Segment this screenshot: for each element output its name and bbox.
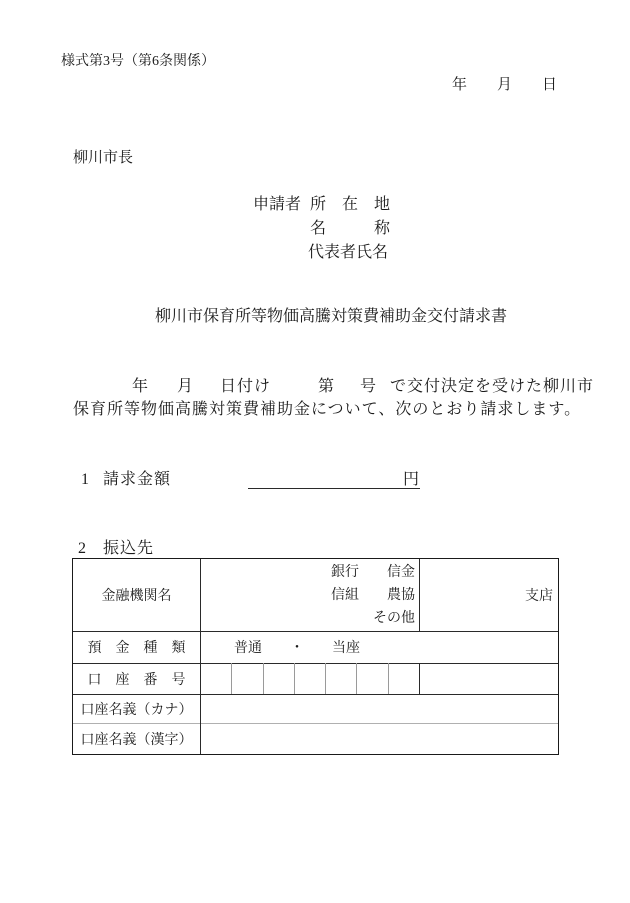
branch-label-cell: 支店 — [419, 559, 553, 631]
section1-claim-amount-label: 請求金額 — [103, 470, 171, 490]
document-title: 柳川市保育所等物価高騰対策費補助金交付請求書 — [155, 307, 507, 327]
account-number-group-divider — [419, 663, 420, 694]
addressee-mayor: 柳川市長 — [73, 149, 133, 168]
applicant-name-label: 名 称 — [310, 219, 390, 239]
account-number-label-text: 口 座 番 号 — [88, 669, 186, 689]
institution-type-shinso-nokyo: 信組 農協 — [331, 584, 415, 607]
body-day-label: 日付け — [220, 377, 271, 397]
digit-cell-divider-4 — [325, 663, 326, 694]
digit-cell-divider-1 — [231, 663, 232, 694]
section1-number: 1 — [81, 470, 89, 490]
deposit-type-options-text: 普通 ・ 当座 — [234, 637, 360, 657]
section2-transfer-label: 振込先 — [103, 539, 154, 559]
body-line1-text: で交付決定を受けた柳川市 — [390, 377, 594, 397]
applicant-label: 申請者 — [253, 195, 301, 215]
digit-cell-divider-2 — [263, 663, 264, 694]
account-number-label: 口 座 番 号 — [73, 663, 200, 694]
applicant-address-label: 所 在 地 — [310, 195, 390, 215]
claim-amount-unit-yen: 円 — [403, 470, 419, 490]
account-name-kana-label: 口座名義（カナ） — [73, 694, 200, 723]
body-line2-text: 保育所等物価高騰対策費補助金について、次のとおり請求します。 — [73, 400, 581, 420]
date-blank-line: 年 月 日 — [452, 76, 557, 95]
institution-type-options: 銀行 信金 信組 農協 その他 — [200, 559, 415, 631]
digit-cell-divider-3 — [294, 663, 295, 694]
account-name-kanji-label-text: 口座名義（漢字） — [81, 729, 193, 749]
account-name-kana-label-text: 口座名義（カナ） — [81, 699, 193, 719]
deposit-type-options: 普通 ・ 当座 — [234, 631, 554, 663]
bank-transfer-table: 金融機関名 銀行 信金 信組 農協 その他 支店 預 金 種 類 普通 ・ 当座… — [72, 558, 559, 755]
body-year-label: 年 — [132, 377, 149, 397]
applicant-representative-label: 代表者氏名 — [308, 243, 388, 263]
deposit-type-label-text: 預 金 種 類 — [88, 637, 186, 657]
account-name-kanji-label: 口座名義（漢字） — [73, 723, 200, 754]
claim-amount-blank-line — [248, 488, 420, 489]
section2-number: 2 — [78, 539, 86, 559]
digit-cell-divider-5 — [356, 663, 357, 694]
institution-name-label-text: 金融機関名 — [102, 585, 172, 605]
digit-cell-divider-6 — [388, 663, 389, 694]
form-number: 様式第3号（第6条関係） — [61, 53, 215, 71]
institution-name-label: 金融機関名 — [73, 559, 200, 631]
deposit-type-label: 預 金 種 類 — [73, 631, 200, 663]
body-decision-no-prefix: 第 — [318, 377, 335, 397]
institution-type-bank-shinkin: 銀行 信金 — [331, 561, 415, 584]
institution-type-other: その他 — [373, 607, 415, 630]
document-page: { "page": { "form_number": "様式第3号（第6条関係）… — [0, 0, 630, 903]
body-month-label: 月 — [177, 377, 194, 397]
branch-label-text: 支店 — [525, 585, 553, 605]
body-decision-no-suffix: 号 — [360, 377, 377, 397]
